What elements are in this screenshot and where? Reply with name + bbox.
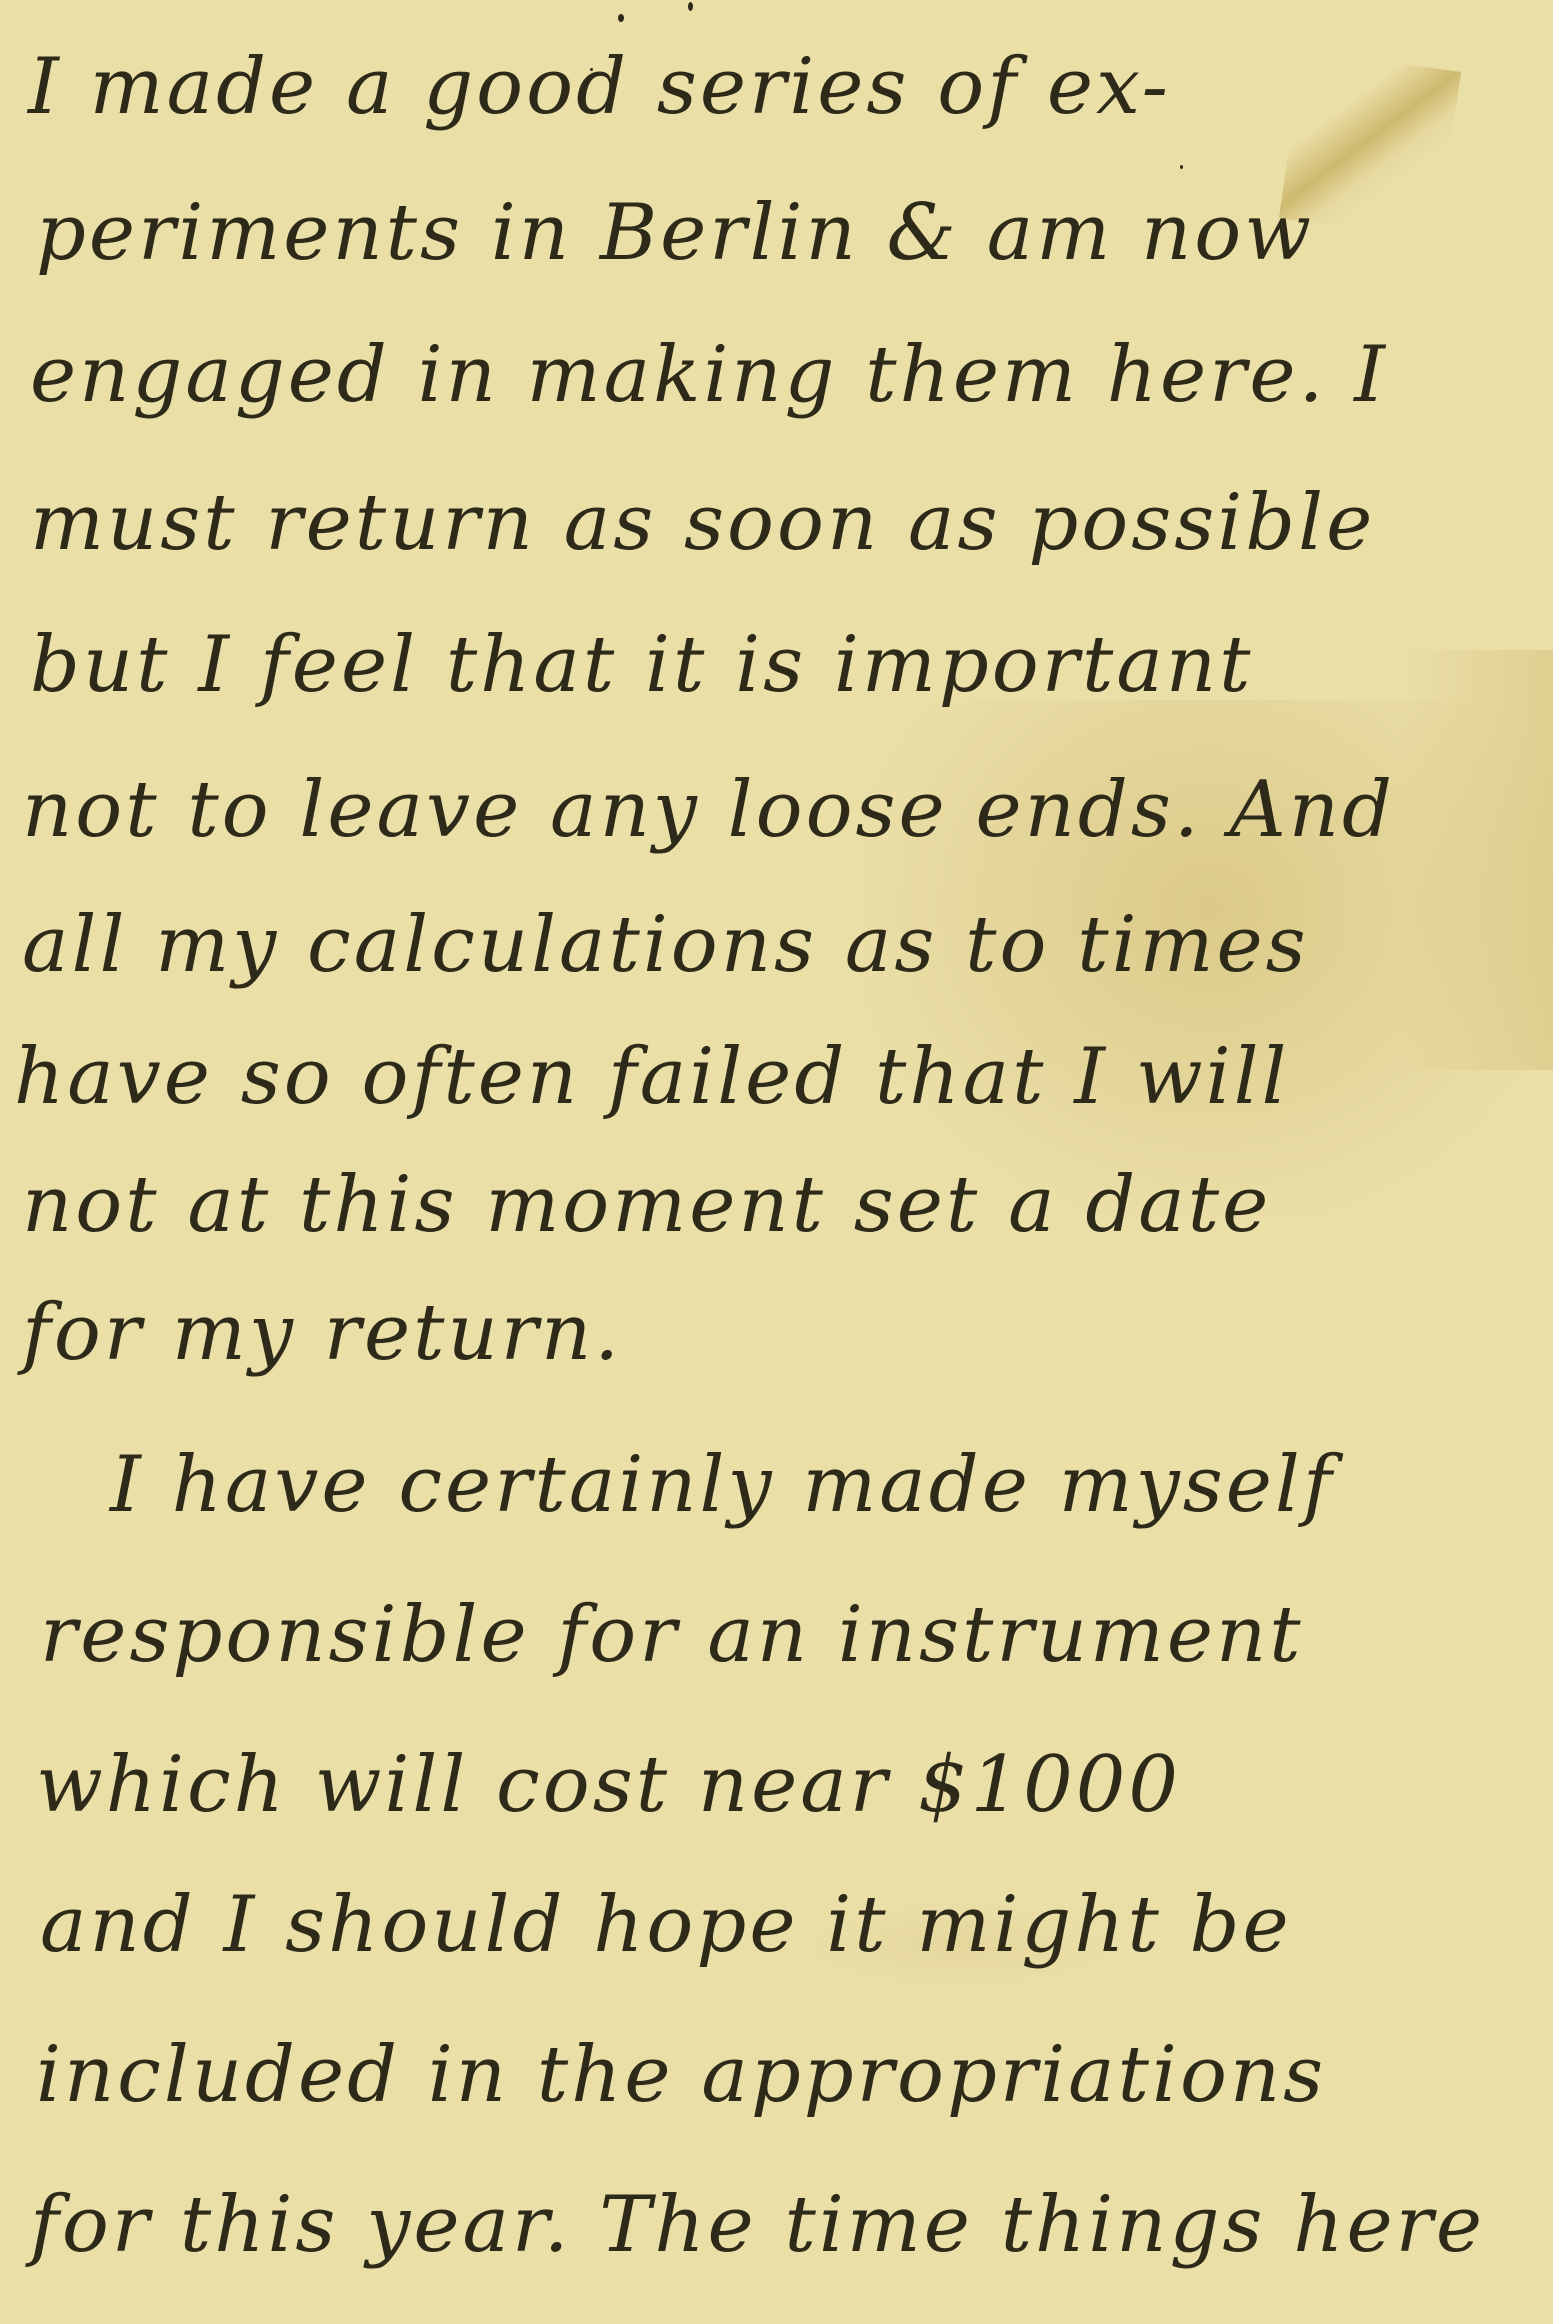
water-stain-right-edge bbox=[1400, 650, 1553, 1070]
handwritten-line: not at this moment set a date bbox=[22, 1160, 1271, 1250]
handwritten-line: and I should hope it might be bbox=[40, 1880, 1292, 1970]
handwritten-line: have so often failed that I will bbox=[14, 1032, 1289, 1122]
ink-speck bbox=[618, 14, 624, 22]
handwritten-line: for this year. The time things here bbox=[30, 2180, 1485, 2270]
handwritten-line: I made a good series of ex- bbox=[28, 42, 1171, 132]
ink-speck bbox=[688, 2, 693, 11]
handwritten-line: periments in Berlin & am now bbox=[36, 188, 1314, 278]
handwritten-line: I have certainly made myself bbox=[110, 1440, 1335, 1530]
handwritten-line: engaged in making them here. I bbox=[30, 330, 1388, 420]
handwritten-line: responsible for an instrument bbox=[40, 1590, 1304, 1680]
letter-page: I made a good series of ex- periments in… bbox=[0, 0, 1553, 2324]
handwritten-line: included in the appropriations bbox=[36, 2030, 1326, 2120]
handwritten-line: which will cost near $1000 bbox=[36, 1740, 1181, 1830]
handwritten-line: must return as soon as possible bbox=[30, 478, 1375, 568]
handwritten-line: but I feel that it is important bbox=[30, 620, 1253, 710]
handwritten-line: not to leave any loose ends. And bbox=[22, 765, 1395, 855]
handwritten-line: for my return. bbox=[22, 1288, 622, 1378]
handwritten-line: all my calculations as to times bbox=[22, 900, 1309, 990]
ink-speck bbox=[1180, 165, 1183, 169]
